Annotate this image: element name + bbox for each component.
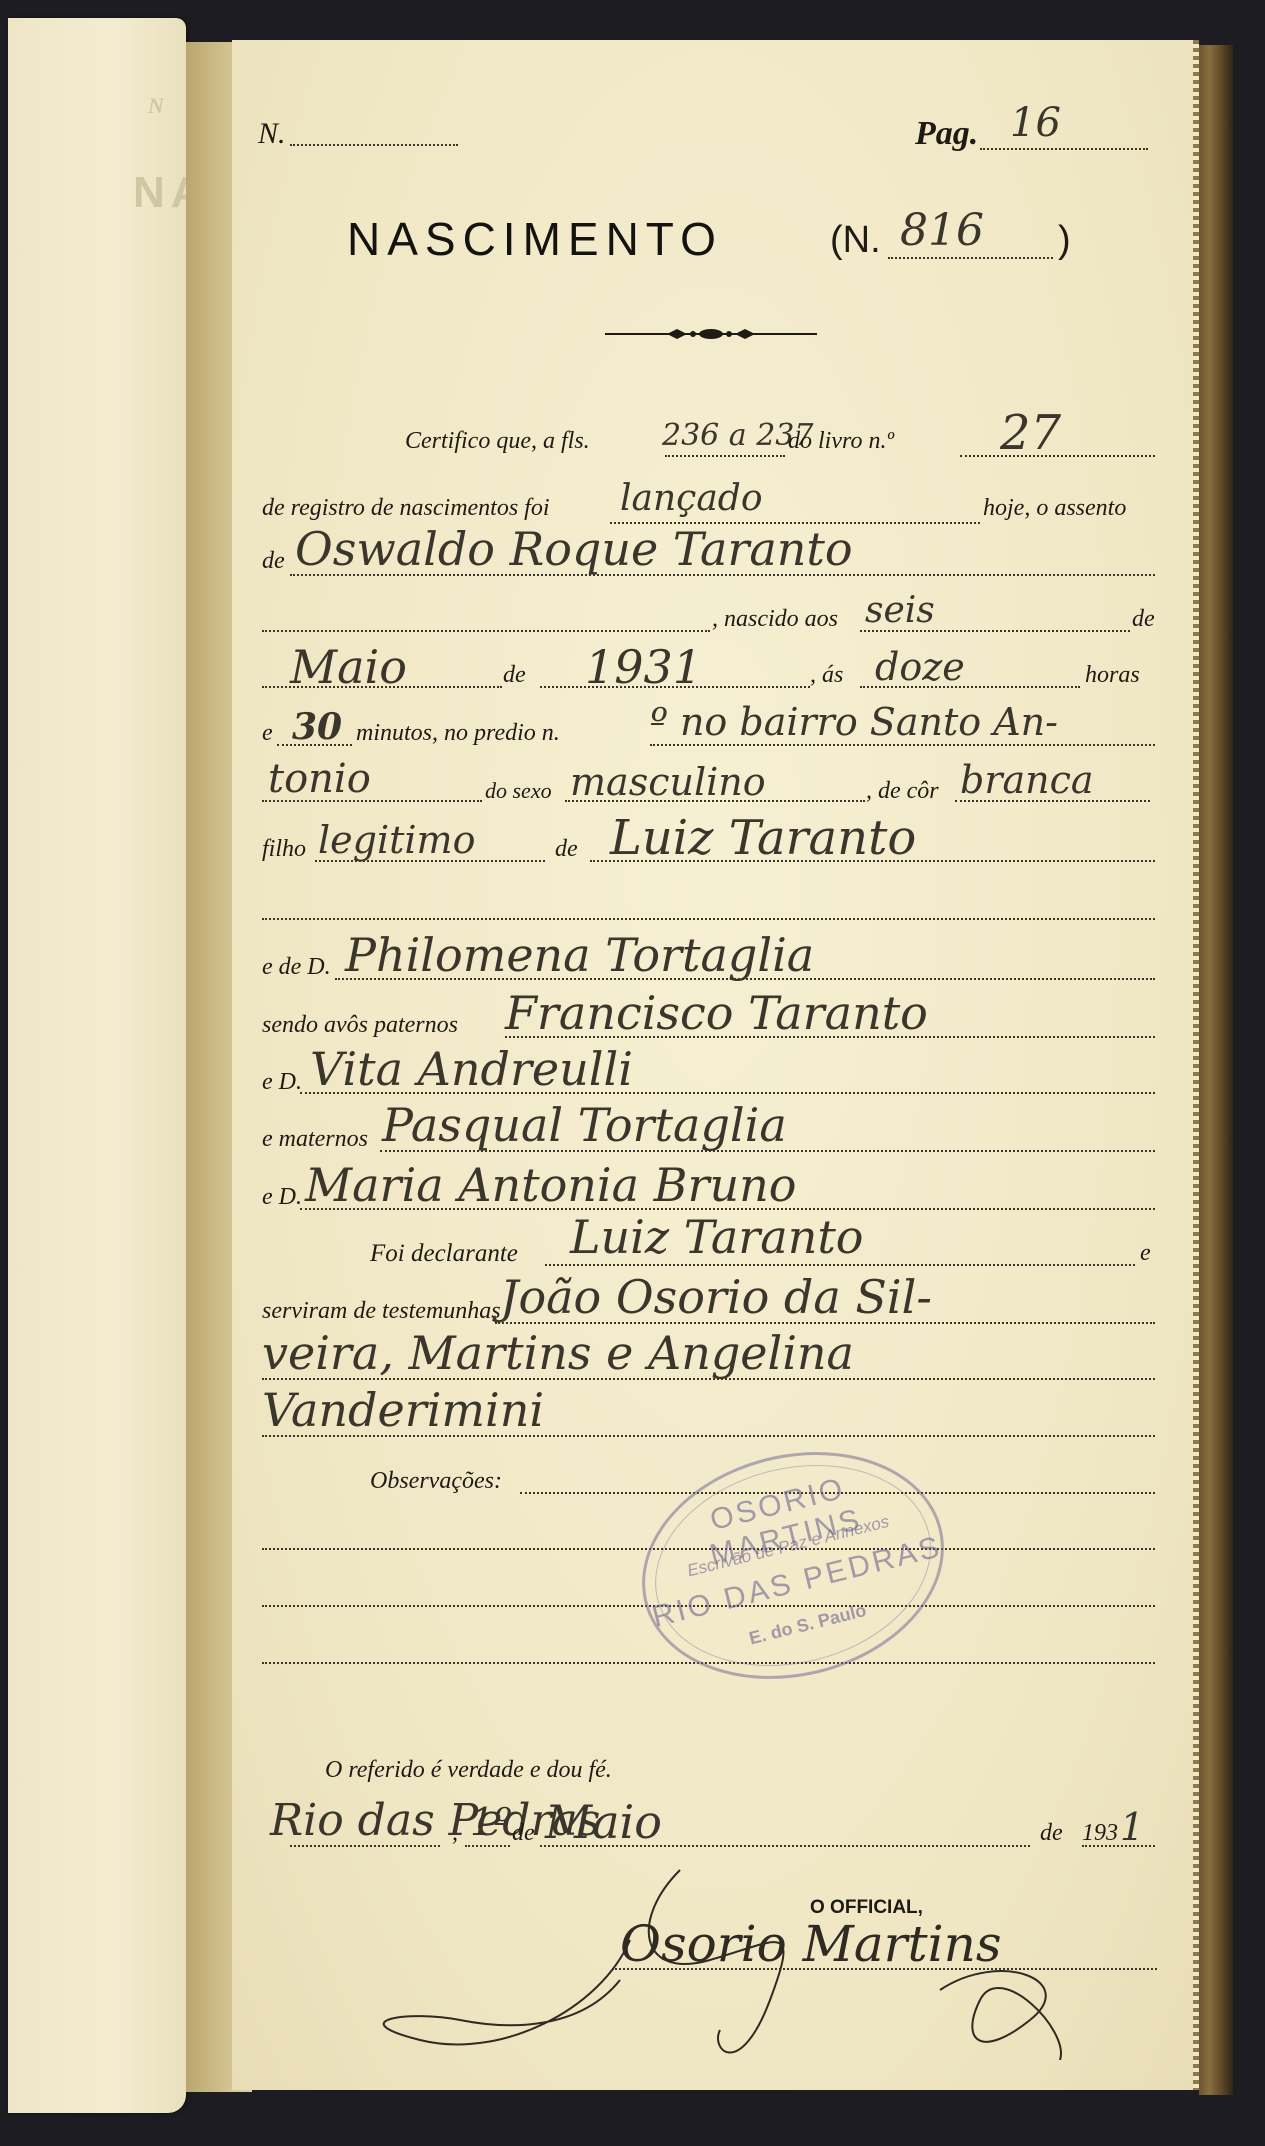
e-label: e	[262, 720, 273, 747]
registro-label: de registro de nascimentos foi	[262, 495, 550, 522]
de-label-3: de	[503, 662, 526, 689]
avo-materno-value: Pasqual Tortaglia	[382, 1098, 787, 1152]
avo-paterna-value: Vita Andreulli	[310, 1042, 633, 1096]
father-value: Luiz Taranto	[610, 810, 916, 866]
child-name-cont-field	[262, 630, 710, 632]
avo-paterna-label: e D.	[262, 1069, 302, 1096]
cor-value: branca	[960, 758, 1094, 802]
date-day-value: 1º	[470, 1800, 512, 1844]
date-de-label-2: de	[1040, 1820, 1063, 1847]
year-suffix: 1	[1120, 1805, 1144, 1849]
year-prefix: 193	[1082, 1820, 1118, 1847]
as-label: , ás	[810, 662, 843, 689]
day-value: seis	[865, 590, 935, 631]
year-value: 1931	[585, 640, 702, 694]
date-month-value: Maio	[545, 1795, 662, 1849]
predio-value-2: tonio	[268, 756, 371, 802]
child-name-value: Oswaldo Roque Taranto	[295, 522, 853, 576]
avo-paterno-value: Francisco Taranto	[505, 986, 928, 1040]
livro-label: do livro n.º	[788, 428, 894, 455]
mother-label: e de D.	[262, 954, 331, 981]
de-label-4: de	[555, 836, 578, 863]
mother-value: Philomena Tortaglia	[345, 928, 814, 982]
cor-label: , de côr	[866, 778, 939, 805]
title-close: )	[1058, 219, 1071, 262]
signature-flourish-icon	[380, 1860, 1100, 2060]
de-label: de	[262, 548, 285, 575]
father-cont-field	[262, 918, 1155, 920]
testemunhas-value-3: Vanderimini	[262, 1383, 544, 1437]
book-cover-edge	[1199, 45, 1233, 2095]
month-value: Maio	[290, 640, 407, 694]
fls-field	[665, 455, 785, 457]
year-field	[1082, 1845, 1155, 1847]
horas-label: horas	[1085, 662, 1140, 689]
minutos-label: minutos, no predio n.	[356, 720, 560, 747]
predio-value: º no bairro Santo An-	[650, 700, 1058, 744]
livro-value: 27	[1000, 405, 1061, 461]
pag-label: Pag.	[915, 115, 978, 153]
date-de-label: de	[512, 1820, 535, 1847]
day-date-field	[465, 1845, 510, 1847]
sexo-label: do sexo	[485, 778, 552, 804]
title-number-field	[888, 257, 1053, 259]
declarante-value: Luiz Taranto	[570, 1210, 864, 1264]
hour-value: doze	[875, 645, 965, 689]
n-label: N.	[258, 117, 286, 151]
filho-label: filho	[262, 836, 306, 863]
ornament-divider-icon	[605, 327, 817, 341]
sexo-value: masculino	[570, 760, 766, 804]
left-page-ghost-n: N	[148, 93, 170, 119]
maternos-label: e maternos	[262, 1126, 368, 1153]
verdade-label: O referido é verdade e dou fé.	[325, 1757, 612, 1784]
observacoes-label: Observações:	[370, 1468, 502, 1495]
comma: ,	[452, 1820, 458, 1847]
hoje-label: hoje, o assento	[983, 495, 1126, 522]
de-label-2: de	[1132, 606, 1155, 633]
title-text: NASCIMENTO	[347, 213, 723, 265]
n-field	[290, 144, 458, 146]
declarante-field	[545, 1264, 1135, 1266]
title-number-value: 816	[900, 205, 984, 256]
minutes-value: 30	[292, 706, 342, 748]
avo-materna-label: e D.	[262, 1184, 302, 1211]
declarante-e: e	[1140, 1240, 1151, 1267]
testemunhas-value-1: João Osorio da Sil-	[500, 1270, 932, 1324]
page-title: NASCIMENTO	[347, 212, 723, 266]
avo-materna-value: Maria Antonia Bruno	[305, 1158, 796, 1212]
pag-field	[980, 148, 1148, 150]
avos-paternos-label: sendo avôs paternos	[262, 1012, 458, 1039]
testemunhas-label: serviram de testemunhas	[262, 1298, 501, 1325]
title-number-label: (N.	[830, 219, 881, 262]
testemunhas-value-2: veira, Martins e Angelina	[262, 1326, 854, 1380]
declarante-label: Foi declarante	[370, 1240, 518, 1268]
pag-value: 16	[1010, 100, 1061, 146]
left-page: N NA	[8, 18, 186, 2113]
foi-value: lançado	[620, 478, 763, 519]
certifico-label: Certifico que, a fls.	[405, 428, 590, 455]
nascido-label: , nascido aos	[712, 606, 838, 633]
predio-field	[650, 744, 1155, 746]
filho-value: legitimo	[318, 818, 475, 862]
